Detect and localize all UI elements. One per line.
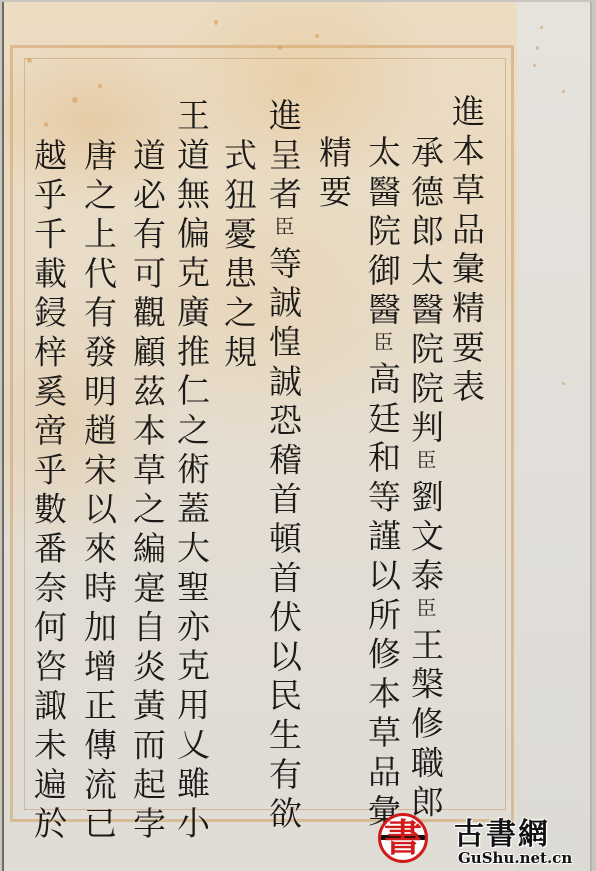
foxing-spot bbox=[536, 46, 539, 50]
column-text: 式狃憂患之規 bbox=[219, 138, 258, 374]
column-text: 越乎千載鋟梓奚啻乎數番奈何咨諏未遍於 bbox=[29, 138, 68, 845]
page-left-edge bbox=[2, 2, 4, 871]
text-column-7: 王道無偏克廣推仁之術蓋大聖亦克用乂雖小 bbox=[175, 98, 208, 845]
foxing-spot bbox=[278, 46, 282, 50]
text-column-5: 進呈者臣等誠惶誠恐稽首頓首伏以民生有欲 bbox=[267, 98, 300, 835]
watermark-site-name: 古書網 bbox=[454, 809, 550, 853]
page-right-margin bbox=[517, 2, 592, 871]
foxing-spot bbox=[72, 97, 78, 103]
foxing-spot bbox=[540, 26, 543, 29]
foxing-spot bbox=[562, 90, 565, 93]
foxing-spot bbox=[44, 122, 48, 127]
column-text: 道必有可觀顧茲本草之編寔自炎黃而起孛 bbox=[128, 138, 167, 845]
column-text: 劉文泰 bbox=[406, 479, 445, 597]
text-column-6: 式狃憂患之規 bbox=[222, 138, 255, 374]
text-column-9: 唐之上代有發明趙宋以來時加增正傳流已 bbox=[82, 138, 115, 845]
column-text: 進本草品彙精要表 bbox=[447, 94, 486, 408]
seal-logo-icon: 書 bbox=[378, 813, 428, 863]
column-text: 高廷和等謹以所修本草品彙 bbox=[363, 362, 402, 834]
minister-honorific: 臣 bbox=[370, 332, 394, 362]
page-right-edge bbox=[590, 2, 592, 871]
minister-honorific: 臣 bbox=[413, 449, 437, 479]
foxing-spot bbox=[27, 58, 32, 63]
foxing-spot bbox=[533, 64, 536, 67]
foxing-spot bbox=[98, 84, 102, 88]
site-watermark: 書 古書網 GuShu.net.cn bbox=[374, 809, 570, 869]
foxing-spot bbox=[214, 20, 218, 25]
column-text: 等誠惶誠恐稽首頓首伏以民生有欲 bbox=[264, 246, 303, 836]
column-text: 進呈者 bbox=[264, 98, 303, 216]
minister-honorific: 臣 bbox=[271, 216, 295, 246]
column-text: 承德郎太醫院院判 bbox=[406, 135, 445, 449]
column-text: 王槃修職郎 bbox=[406, 627, 445, 824]
minister-honorific: 臣 bbox=[413, 597, 437, 627]
foxing-spot bbox=[315, 34, 319, 38]
column-text: 太醫院御醫 bbox=[363, 135, 402, 332]
column-text: 精要 bbox=[314, 135, 353, 214]
manuscript-page: 進本草品彙精要表 承德郎太醫院院判臣劉文泰臣王槃修職郎 太醫院御醫臣高廷和等謹以… bbox=[2, 2, 592, 871]
text-column-4: 精要 bbox=[317, 135, 350, 214]
text-column-2: 承德郎太醫院院判臣劉文泰臣王槃修職郎 bbox=[409, 135, 442, 824]
text-column-3: 太醫院御醫臣高廷和等謹以所修本草品彙 bbox=[366, 135, 399, 833]
column-text: 唐之上代有發明趙宋以來時加增正傳流已 bbox=[79, 138, 118, 845]
text-column-10: 越乎千載鋟梓奚啻乎數番奈何咨諏未遍於 bbox=[32, 138, 65, 845]
text-column-8: 道必有可觀顧茲本草之編寔自炎黃而起孛 bbox=[131, 138, 164, 845]
column-text: 王道無偏克廣推仁之術蓋大聖亦克用乂雖小 bbox=[172, 98, 211, 845]
foxing-spot bbox=[562, 382, 565, 385]
text-column-1-title: 進本草品彙精要表 bbox=[450, 94, 483, 408]
seal-char: 書 bbox=[381, 816, 425, 860]
watermark-url: GuShu.net.cn bbox=[458, 849, 572, 867]
